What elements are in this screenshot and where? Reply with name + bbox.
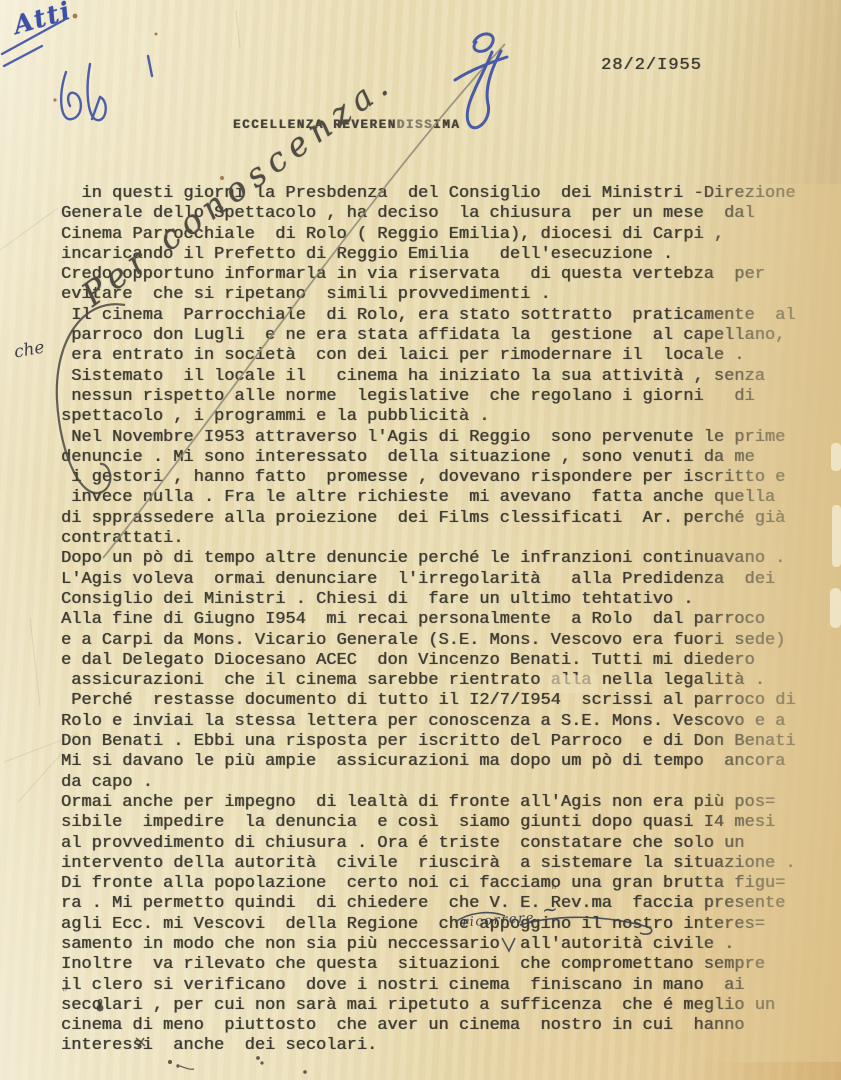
faded-title-end [398, 116, 432, 136]
scanned-letter-page: 28/2/I955 ECCELLENZA REVERENDISSIMA in q… [0, 0, 841, 1080]
stray-quote-mark: " [62, 986, 68, 1000]
handwritten-tilde-mark: ~ [541, 898, 559, 922]
letter-body: in questi giorni la Presbdenza del Consi… [61, 184, 796, 1057]
erased-word-patch [548, 675, 598, 693]
paper-specks [53, 14, 224, 180]
right-edge-notches [830, 443, 841, 628]
typed-dieresis-mark: " [551, 884, 557, 899]
blue-ink-flourish [455, 34, 507, 128]
handwritten-margin-note: che [12, 338, 46, 363]
handwritten-registry-mark: Atti [10, 0, 75, 40]
date-stamp: 28/2/I955 [601, 56, 702, 75]
